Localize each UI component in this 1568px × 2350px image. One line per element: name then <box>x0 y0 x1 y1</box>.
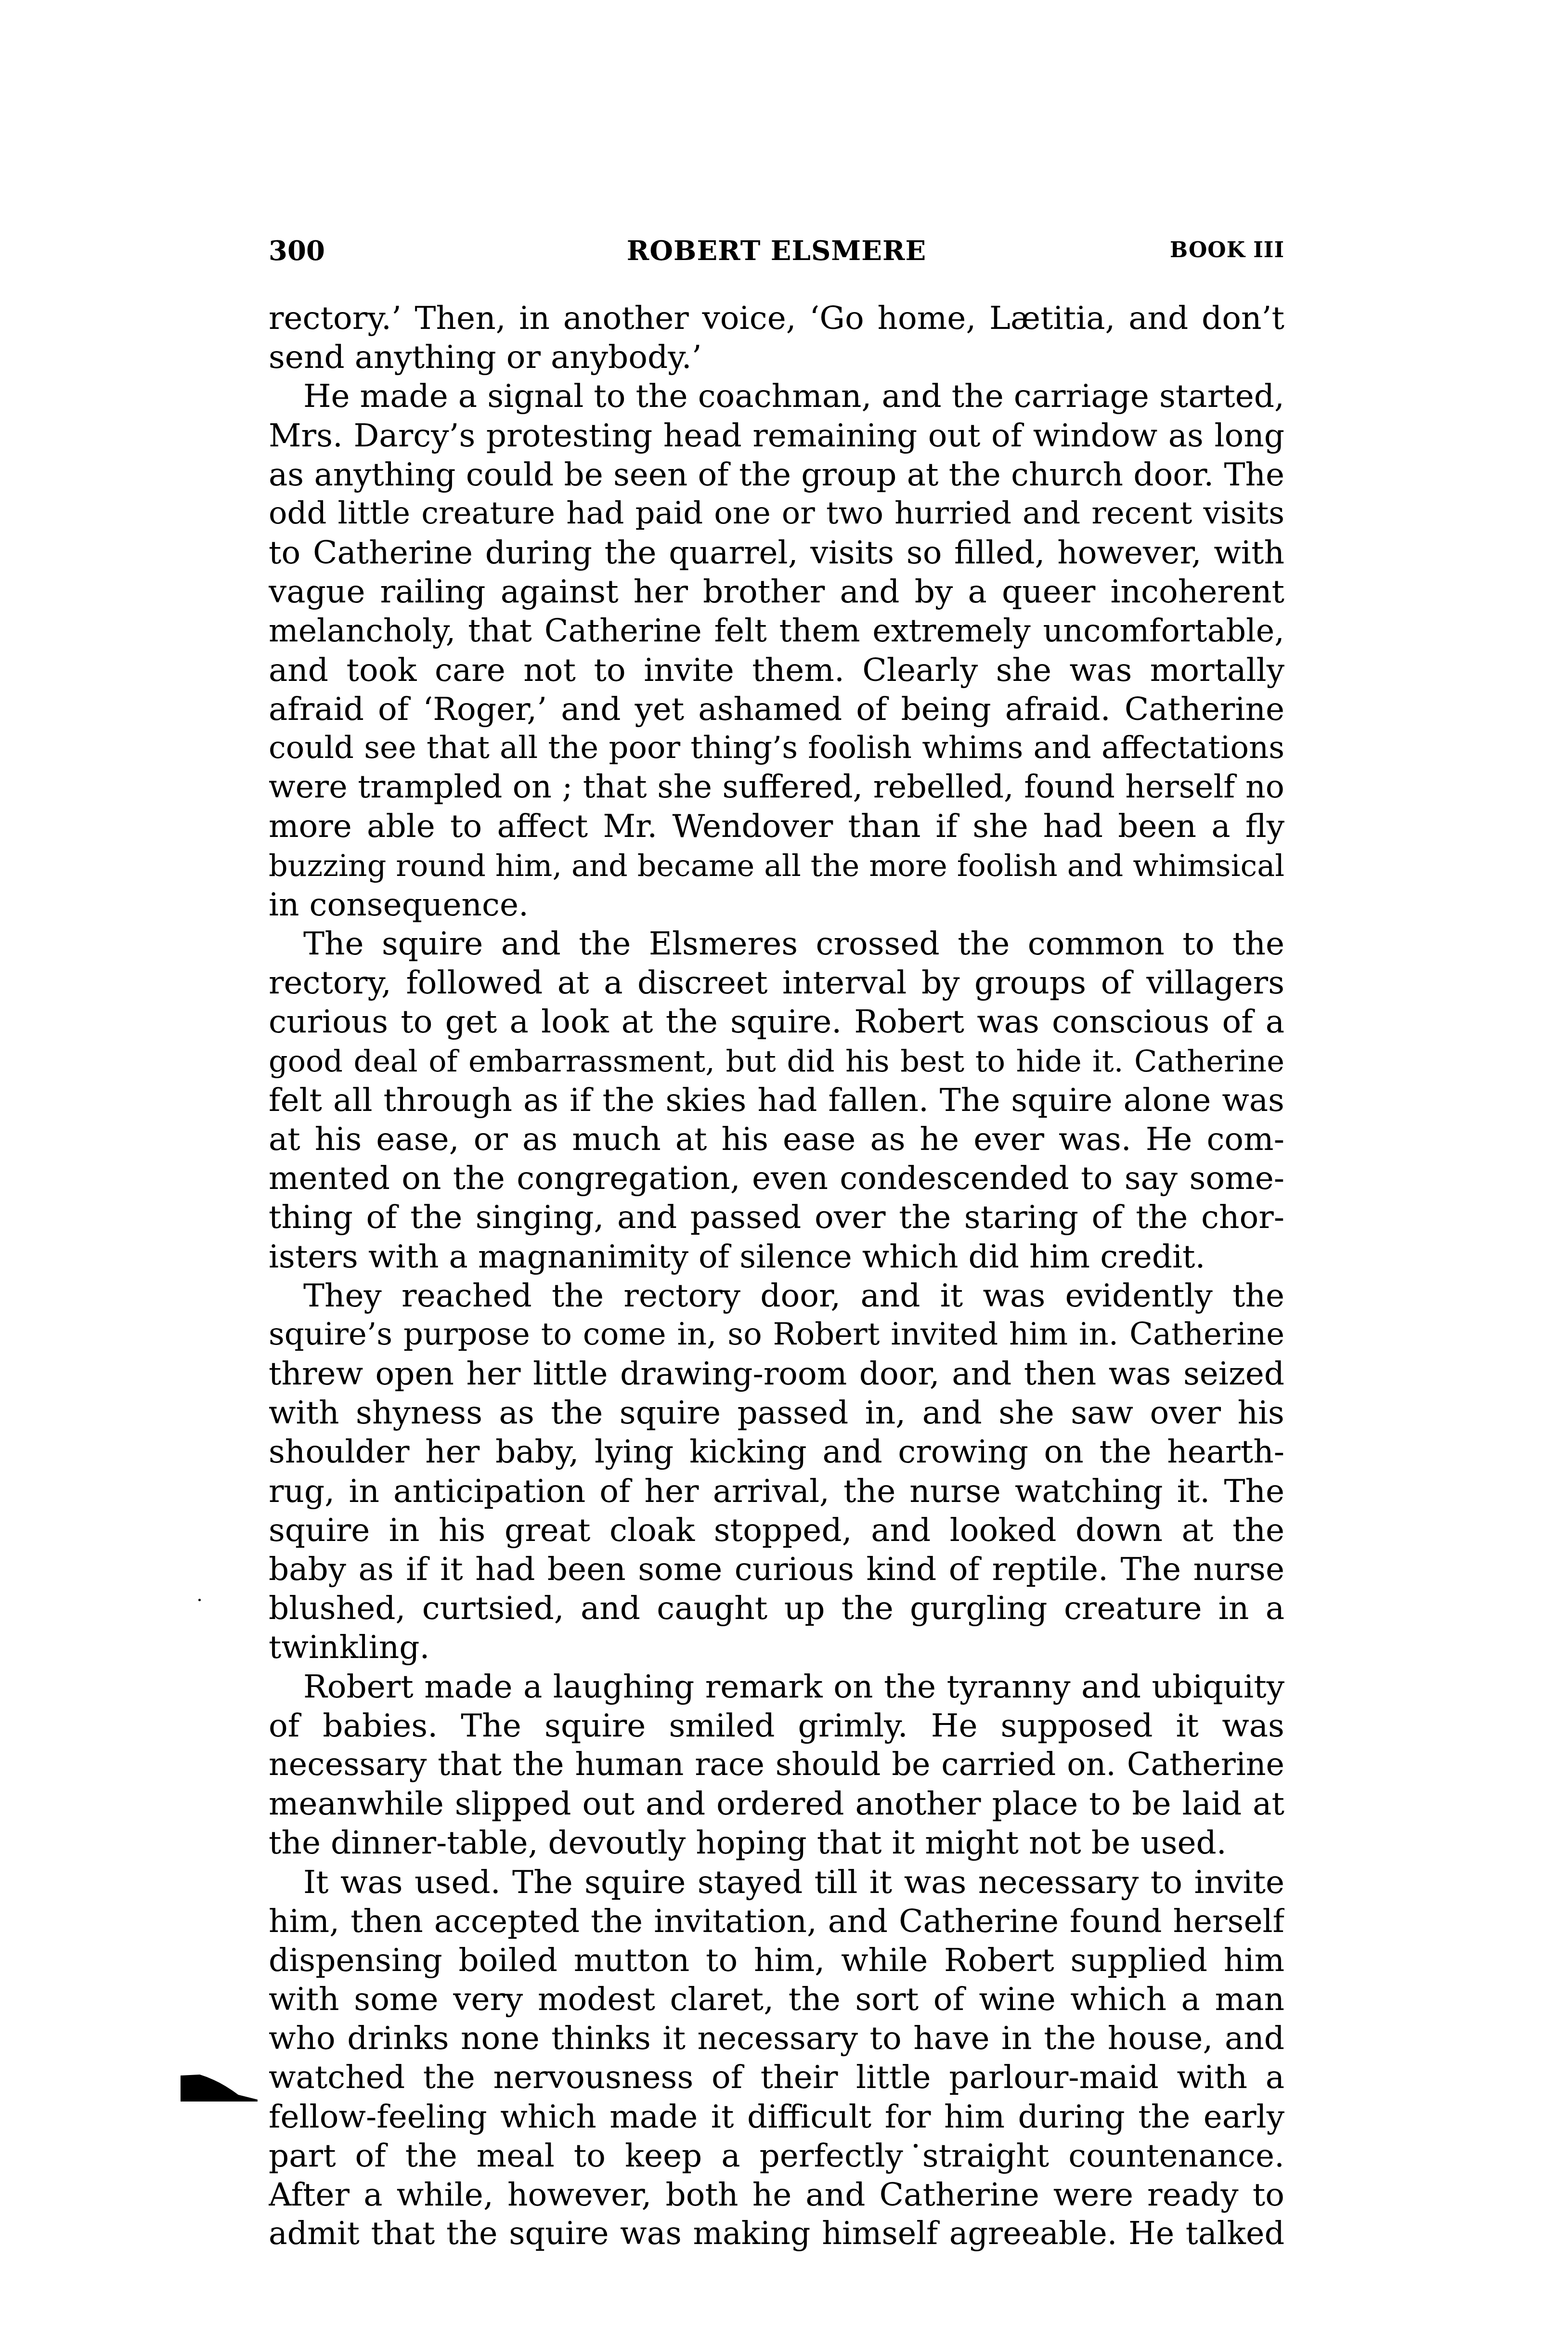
text-line: squire in his great cloak stopped, and l… <box>269 1511 1284 1550</box>
text-line: to Catherine during the quarrel, visits … <box>269 533 1284 572</box>
text-line: and took care not to invite them. Clearl… <box>269 651 1284 690</box>
text-line: He made a signal to the coachman, and th… <box>269 377 1284 416</box>
text-line: rectory.’ Then, in another voice, ‘Go ho… <box>269 299 1284 338</box>
text-line: him, then accepted the invitation, and C… <box>269 1902 1284 1941</box>
text-line: part of the meal to keep a perfectly str… <box>269 2136 1284 2175</box>
text-line: with some very modest claret, the sort o… <box>269 1980 1284 2019</box>
text-line: in consequence. <box>269 885 1284 924</box>
text-line: threw open her little drawing-room door,… <box>269 1354 1284 1393</box>
stray-dot <box>914 2144 918 2148</box>
text-line: mented on the congregation, even condesc… <box>269 1159 1284 1198</box>
text-line: squire’s purpose to come in, so Robert i… <box>269 1315 1284 1354</box>
text-line: necessary that the human race should be … <box>269 1745 1284 1784</box>
running-title: ROBERT ELSMERE <box>269 235 1284 267</box>
text-line: It was used. The squire stayed till it w… <box>269 1863 1284 1902</box>
text-line: more able to affect Mr. Wendover than if… <box>269 807 1284 846</box>
text-line: After a while, however, both he and Cath… <box>269 2175 1284 2214</box>
text-line: admit that the squire was making himself… <box>269 2214 1284 2253</box>
text-line: felt all through as if the skies had fal… <box>269 1081 1284 1120</box>
text-line: the dinner-table, devoutly hoping that i… <box>269 1823 1284 1862</box>
page-body-text: rectory.’ Then, in another voice, ‘Go ho… <box>269 299 1284 2253</box>
text-line: send anything or anybody.’ <box>269 338 1284 377</box>
text-line: melancholy, that Catherine felt them ext… <box>269 612 1284 651</box>
running-head: 300 ROBERT ELSMERE BOOK III <box>269 235 1284 274</box>
text-line: twinkling. <box>269 1628 1284 1667</box>
text-line: vague railing against her brother and by… <box>269 572 1284 611</box>
text-line: at his ease, or as much at his ease as h… <box>269 1120 1284 1159</box>
text-line: Robert made a laughing remark on the tyr… <box>269 1667 1284 1706</box>
text-line: shoulder her baby, lying kicking and cro… <box>269 1432 1284 1471</box>
text-line: baby as if it had been some curious kind… <box>269 1550 1284 1589</box>
text-line: isters with a magnanimity of silence whi… <box>269 1237 1284 1276</box>
book-label: BOOK III <box>1170 238 1284 262</box>
text-line: were trampled on ; that she suffered, re… <box>269 768 1284 807</box>
stray-dot <box>198 1599 201 1601</box>
text-line: meanwhile slipped out and ordered anothe… <box>269 1784 1284 1823</box>
pointer-mark-icon <box>181 2071 258 2119</box>
text-line: afraid of ‘Roger,’ and yet ashamed of be… <box>269 690 1284 729</box>
text-line: dispensing boiled mutton to him, while R… <box>269 1941 1284 1980</box>
text-line: odd little creature had paid one or two … <box>269 494 1284 533</box>
text-line: fellow-feeling which made it difficult f… <box>269 2097 1284 2136</box>
text-line: They reached the rectory door, and it wa… <box>269 1276 1284 1315</box>
text-line: thing of the singing, and passed over th… <box>269 1198 1284 1237</box>
text-line: curious to get a look at the squire. Rob… <box>269 1002 1284 1041</box>
text-line: buzzing round him, and became all the mo… <box>269 846 1284 885</box>
text-line: with shyness as the squire passed in, an… <box>269 1393 1284 1432</box>
text-line: watched the nervousness of their little … <box>269 2058 1284 2097</box>
text-line: Mrs. Darcy’s protesting head remaining o… <box>269 416 1284 455</box>
text-line: of babies. The squire smiled grimly. He … <box>269 1706 1284 1745</box>
text-line: blushed, curtsied, and caught up the gur… <box>269 1589 1284 1628</box>
text-line: rug, in anticipation of her arrival, the… <box>269 1472 1284 1511</box>
text-line: rectory, followed at a discreet interval… <box>269 963 1284 1002</box>
text-line: could see that all the poor thing’s fool… <box>269 729 1284 768</box>
text-line: good deal of embarrassment, but did his … <box>269 1042 1284 1081</box>
text-line: The squire and the Elsmeres crossed the … <box>269 924 1284 963</box>
text-line: who drinks none thinks it necessary to h… <box>269 2019 1284 2058</box>
text-line: as anything could be seen of the group a… <box>269 455 1284 494</box>
